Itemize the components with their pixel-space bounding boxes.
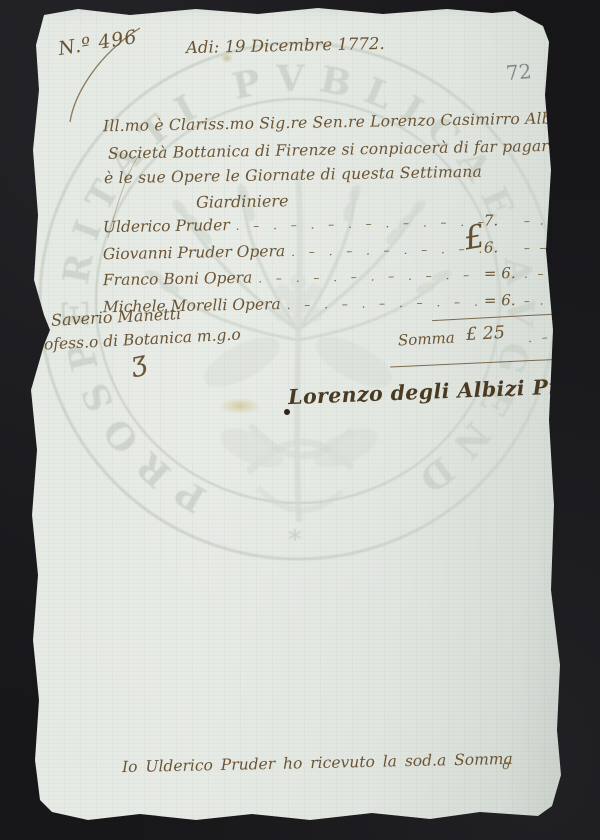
ink-dot bbox=[284, 409, 290, 415]
entry-amount: 7. bbox=[484, 211, 524, 230]
dot-leader: . – . – . – . – . – . – . – . – . – . – … bbox=[230, 215, 484, 233]
trailer-dashes: . – – bbox=[524, 266, 590, 281]
archival-number: N.º 496 bbox=[57, 26, 139, 60]
sum-trailer-dashes: . – — bbox=[528, 329, 573, 345]
dot-leader: . – . – . – . – . – . – . – . – . – . – bbox=[252, 268, 484, 286]
sum-rule-bottom bbox=[390, 358, 588, 368]
scan-background: PROSPERITATI PVBLICAE AVGENDAE ∗ bbox=[0, 0, 600, 840]
manuscript-paper: PROSPERITATI PVBLICAE AVGENDAE ∗ bbox=[0, 0, 600, 840]
entry-name: Franco Boni Opera bbox=[103, 269, 253, 290]
president-signature: Lorenzo degli Albizi Presidente bbox=[288, 371, 600, 409]
salutation-line: Ill.mo è Clariss.mo Sig.re Sen.re Lorenz… bbox=[103, 107, 600, 136]
entry-name: Ulderico Pruder bbox=[103, 216, 230, 236]
clerk-signature-line1: Io Saverio Manetti bbox=[30, 304, 182, 331]
salutation-line: Società Bottanica di Firenze si conpiace… bbox=[108, 135, 600, 162]
dot-leader: . – . – . – . – . – . – . – . – . – bbox=[281, 294, 484, 312]
sum-label: Somma bbox=[398, 329, 456, 350]
trailer-dashes: – . — bbox=[524, 292, 590, 307]
entry-amount: 6. bbox=[484, 237, 524, 256]
salutation-line: è le sue Opere le Giornate di questa Set… bbox=[104, 163, 482, 188]
entry-amount: = 6. bbox=[484, 290, 524, 309]
trailer-dashes: – . – bbox=[524, 213, 590, 228]
section-heading: Giardiniere bbox=[196, 191, 289, 212]
date-line: Adi: 19 Dicembre 1772. bbox=[186, 34, 385, 57]
trailer-dashes: – — bbox=[524, 239, 590, 254]
receipt-acknowledgement-line: Io Ulderico Pruder ho ricevuto la sod.a … bbox=[122, 750, 513, 776]
dot-leader: . – . – . – . – . – . – . – . – . – bbox=[285, 241, 484, 258]
sum-amount: £ 25 bbox=[466, 323, 506, 345]
entry-name: Giovanni Pruder Opera bbox=[103, 242, 286, 263]
clerk-signature-line2: Profess.o di Botanica m.g.o bbox=[26, 325, 241, 354]
receipt-flourish: o bbox=[501, 758, 510, 774]
entry-amount: = 6. bbox=[484, 264, 524, 283]
seal-rosette: ∗ bbox=[286, 520, 304, 550]
pencil-folio-number: 72 bbox=[505, 59, 532, 85]
clerk-paraph: Ʒ bbox=[129, 351, 150, 384]
